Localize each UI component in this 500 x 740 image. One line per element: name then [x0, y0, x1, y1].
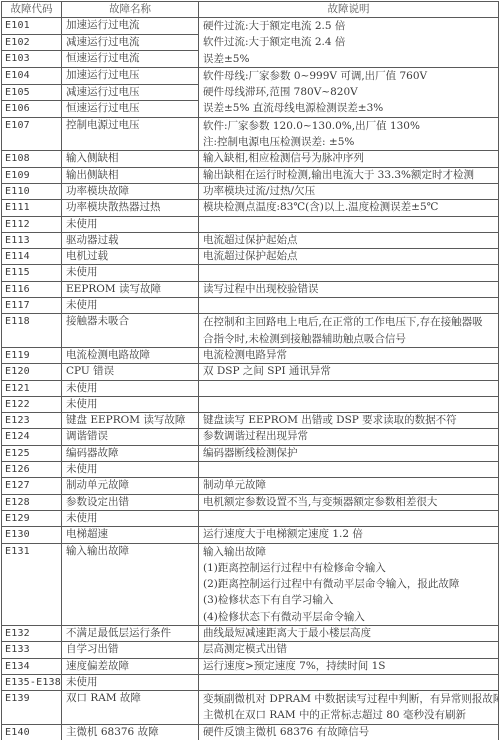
fault-code: E119	[2, 347, 62, 363]
fault-description: 运行速度>预定速度 7%，持续时间 1S	[199, 658, 499, 674]
fault-name: 未使用	[62, 216, 199, 232]
table-row: E125 编码器故障 编码器断线检测保护	[2, 445, 499, 461]
fault-name: 电梯超速	[62, 527, 199, 543]
fault-name: CPU 错误	[62, 364, 199, 380]
fault-description: 输出缺相在运行时检测,输出电流大于 33.3%额定时才检测	[199, 167, 499, 183]
table-row: E122 未使用	[2, 396, 499, 412]
description-line: 软件:厂家参数 120.0~130.0%,出厂值 130%	[203, 118, 498, 134]
fault-description	[199, 396, 499, 412]
fault-code: E120	[2, 364, 62, 380]
fault-description: 运行速度大于电梯额定速度 1.2 倍	[199, 527, 499, 543]
fault-description: 硬件过流:大于额定电流 2.5 倍 软件过流:大于额定电流 2.4 倍 误差±5…	[199, 18, 499, 68]
table-row: E108 输入侧缺相 输入缺相,相应检测信号为脉冲序列	[2, 151, 499, 167]
fault-description: 编码器断线检测保护	[199, 445, 499, 461]
header-fault-code: 故障代码	[2, 2, 62, 18]
fault-code: E139	[2, 691, 62, 725]
fault-name: 未使用	[62, 674, 199, 690]
fault-code: E134	[2, 658, 62, 674]
fault-name: 未使用	[62, 396, 199, 412]
fault-code: E109	[2, 167, 62, 183]
table-row: E131 输入输出故障 输入输出故障 (1)距离控制运行过程中有检修命令输入 (…	[2, 543, 499, 625]
fault-description: 参数调谐过程出现异常	[199, 429, 499, 445]
description-line: 软件母线:厂家参数 0~999V 可调,出厂值 760V	[203, 68, 498, 84]
description-line: 硬件母线滞环,范围 780V~820V	[203, 84, 498, 100]
fault-code: E123	[2, 413, 62, 429]
fault-name: 输入输出故障	[62, 543, 199, 625]
fault-name: 加速运行过电压	[62, 67, 199, 84]
fault-name: 制动单元故障	[62, 478, 199, 494]
fault-description: 模块检测点温度:83℃(含)以上.温度检测误差±5℃	[199, 200, 499, 216]
table-row: E120 CPU 错误 双 DSP 之间 SPI 通讯异常	[2, 364, 499, 380]
fault-name: 恒速运行过电流	[62, 51, 199, 68]
table-row: E127 制动单元故障 制动单元故障	[2, 478, 499, 494]
fault-description: 软件母线:厂家参数 0~999V 可调,出厂值 760V 硬件母线滞环,范围 7…	[199, 67, 499, 117]
fault-code: E124	[2, 429, 62, 445]
fault-code: E135-E138	[2, 674, 62, 690]
fault-name: 未使用	[62, 510, 199, 526]
fault-code: E111	[2, 200, 62, 216]
fault-code: E128	[2, 494, 62, 510]
fault-name: 键盘 EEPROM 读写故障	[62, 413, 199, 429]
table-row: E113 驱动器过载 电流超过保护起始点	[2, 232, 499, 248]
fault-name: 加速运行过电流	[62, 18, 199, 35]
fault-code: E133	[2, 642, 62, 658]
fault-description	[199, 510, 499, 526]
fault-description	[199, 674, 499, 690]
fault-description: 电流超过保护起始点	[199, 232, 499, 248]
table-row: E140 主微机 68376 故障 硬件反馈主微机 68376 有故障信号	[2, 724, 499, 740]
description-line: 合指令时,未检测到接触器辅助触点吸合信号	[203, 331, 498, 347]
table-row: E114 电机过载 电流超过保护起始点	[2, 249, 499, 265]
fault-code: E103	[2, 51, 62, 68]
fault-description: 在控制和主回路电上电后,在正常的工作电压下,存在接触器吸 合指令时,未检测到接触…	[199, 314, 499, 348]
fault-code: E131	[2, 543, 62, 625]
fault-code: E126	[2, 462, 62, 478]
table-row: E126 未使用	[2, 462, 499, 478]
table-row: E135-E138 未使用	[2, 674, 499, 690]
fault-code: E106	[2, 101, 62, 118]
fault-name: 编码器故障	[62, 445, 199, 461]
fault-code: E117	[2, 298, 62, 314]
description-line: 变频副微机对 DPRAM 中数据读写过程中判断，有异常则报故障:	[203, 691, 498, 707]
fault-code: E127	[2, 478, 62, 494]
fault-name: 未使用	[62, 298, 199, 314]
fault-code: E102	[2, 34, 62, 51]
fault-name: 电机过载	[62, 249, 199, 265]
fault-code: E140	[2, 724, 62, 740]
table-row: E115 未使用	[2, 265, 499, 281]
fault-code: E125	[2, 445, 62, 461]
description-line: (1)距离控制运行过程中有检修命令输入	[203, 560, 498, 576]
fault-description: 读写过程中出现校验错误	[199, 281, 499, 297]
description-line: (2)距离控制运行过程中有微动平层命令输入，报此故障	[203, 576, 498, 592]
header-fault-description: 故障说明	[199, 2, 499, 18]
description-line: 注:控制电源电压检测误差: ±5%	[203, 134, 498, 150]
fault-name: 电流检测电路故障	[62, 347, 199, 363]
description-line: 在控制和主回路电上电后,在正常的工作电压下,存在接触器吸	[203, 314, 498, 330]
fault-description: 软件:厂家参数 120.0~130.0%,出厂值 130% 注:控制电源电压检测…	[199, 117, 499, 151]
fault-name: 双口 RAM 故障	[62, 691, 199, 725]
fault-code: E104	[2, 67, 62, 84]
table-row: E119 电流检测电路故障 电流检测电路异常	[2, 347, 499, 363]
table-row: E128 参数设定出错 电机额定参数设置不当,与变频器额定参数相差很大	[2, 494, 499, 510]
fault-description: 键盘读写 EEPROM 出错或 DSP 要求读取的数据不符	[199, 413, 499, 429]
fault-description: 双 DSP 之间 SPI 通讯异常	[199, 364, 499, 380]
fault-name: 恒速运行过电压	[62, 101, 199, 118]
table-row: E111 功率模块散热器过热 模块检测点温度:83℃(含)以上.温度检测误差±5…	[2, 200, 499, 216]
fault-code-table: 故障代码 故障名称 故障说明 E101 加速运行过电流 硬件过流:大于额定电流 …	[1, 1, 499, 740]
fault-name: 功率模块散热器过热	[62, 200, 199, 216]
fault-code: E115	[2, 265, 62, 281]
table-row: E118 接触器未吸合 在控制和主回路电上电后,在正常的工作电压下,存在接触器吸…	[2, 314, 499, 348]
fault-name: 控制电源过电压	[62, 117, 199, 151]
fault-code: E122	[2, 396, 62, 412]
table-row: E117 未使用	[2, 298, 499, 314]
fault-code-document: 故障代码 故障名称 故障说明 E101 加速运行过电流 硬件过流:大于额定电流 …	[0, 0, 500, 740]
fault-description: 硬件反馈主微机 68376 有故障信号	[199, 724, 499, 740]
fault-description: 输入缺相,相应检测信号为脉冲序列	[199, 151, 499, 167]
description-line: 硬件过流:大于额定电流 2.5 倍	[203, 18, 498, 34]
description-line: 软件过流:大于额定电流 2.4 倍	[203, 34, 498, 50]
fault-name: 接触器未吸合	[62, 314, 199, 348]
fault-description: 电机额定参数设置不当,与变频器额定参数相差很大	[199, 494, 499, 510]
table-row: E123 键盘 EEPROM 读写故障 键盘读写 EEPROM 出错或 DSP …	[2, 413, 499, 429]
fault-code: E132	[2, 625, 62, 641]
fault-name: 减速运行过电压	[62, 84, 199, 101]
fault-description: 电流超过保护起始点	[199, 249, 499, 265]
description-line: (4)检修状态下有微动平层命令输入	[203, 609, 498, 625]
fault-name: 未使用	[62, 265, 199, 281]
fault-description: 曲线最短减速距离大于最小楼层高度	[199, 625, 499, 641]
fault-description	[199, 265, 499, 281]
fault-code: E112	[2, 216, 62, 232]
fault-name: 调谐错误	[62, 429, 199, 445]
fault-code: E114	[2, 249, 62, 265]
fault-description	[199, 380, 499, 396]
table-row: E109 输出侧缺相 输出缺相在运行时检测,输出电流大于 33.3%额定时才检测	[2, 167, 499, 183]
table-header-row: 故障代码 故障名称 故障说明	[2, 2, 499, 18]
table-row: E107 控制电源过电压 软件:厂家参数 120.0~130.0%,出厂值 13…	[2, 117, 499, 151]
fault-name: 功率模块故障	[62, 183, 199, 199]
table-row: E139 双口 RAM 故障 变频副微机对 DPRAM 中数据读写过程中判断，有…	[2, 691, 499, 725]
description-line: 误差±5% 直流母线电源检测误差±3%	[203, 100, 498, 116]
table-row: E112 未使用	[2, 216, 499, 232]
table-row: E121 未使用	[2, 380, 499, 396]
table-row: E116 EEPROM 读写故障 读写过程中出现校验错误	[2, 281, 499, 297]
fault-description	[199, 298, 499, 314]
fault-name: 自学习出错	[62, 642, 199, 658]
table-row: E124 调谐错误 参数调谐过程出现异常	[2, 429, 499, 445]
fault-code: E108	[2, 151, 62, 167]
fault-code: E129	[2, 510, 62, 526]
fault-code: E107	[2, 117, 62, 151]
fault-description: 变频副微机对 DPRAM 中数据读写过程中判断，有异常则报故障: 主微机在双口 …	[199, 691, 499, 725]
table-row: E129 未使用	[2, 510, 499, 526]
table-row: E133 自学习出错 层高测定模式出错	[2, 642, 499, 658]
fault-name: 未使用	[62, 380, 199, 396]
fault-name: 参数设定出错	[62, 494, 199, 510]
fault-name: 不满足最低层运行条件	[62, 625, 199, 641]
fault-code: E113	[2, 232, 62, 248]
table-row: E104 加速运行过电压 软件母线:厂家参数 0~999V 可调,出厂值 760…	[2, 67, 499, 84]
fault-name: 输出侧缺相	[62, 167, 199, 183]
table-row: E110 功率模块故障 功率模块过流/过热/欠压	[2, 183, 499, 199]
fault-code: E101	[2, 18, 62, 35]
fault-code: E110	[2, 183, 62, 199]
table-row: E130 电梯超速 运行速度大于电梯额定速度 1.2 倍	[2, 527, 499, 543]
fault-name: 减速运行过电流	[62, 34, 199, 51]
fault-description: 层高测定模式出错	[199, 642, 499, 658]
table-row: E132 不满足最低层运行条件 曲线最短减速距离大于最小楼层高度	[2, 625, 499, 641]
fault-code: E130	[2, 527, 62, 543]
fault-name: 速度偏差故障	[62, 658, 199, 674]
fault-description: 输入输出故障 (1)距离控制运行过程中有检修命令输入 (2)距离控制运行过程中有…	[199, 543, 499, 625]
fault-name: 输入侧缺相	[62, 151, 199, 167]
table-row: E134 速度偏差故障 运行速度>预定速度 7%，持续时间 1S	[2, 658, 499, 674]
fault-code: E121	[2, 380, 62, 396]
fault-code: E105	[2, 84, 62, 101]
table-row: E101 加速运行过电流 硬件过流:大于额定电流 2.5 倍 软件过流:大于额定…	[2, 18, 499, 35]
fault-description: 制动单元故障	[199, 478, 499, 494]
header-fault-name: 故障名称	[62, 2, 199, 18]
fault-name: EEPROM 读写故障	[62, 281, 199, 297]
fault-description: 电流检测电路异常	[199, 347, 499, 363]
description-line: 主微机在双口 RAM 中的正常标志超过 80 毫秒没有刷新	[203, 707, 498, 723]
fault-name: 未使用	[62, 462, 199, 478]
fault-name: 主微机 68376 故障	[62, 724, 199, 740]
description-line: 误差±5%	[203, 51, 498, 67]
fault-description	[199, 216, 499, 232]
fault-code: E116	[2, 281, 62, 297]
fault-code: E118	[2, 314, 62, 348]
fault-name: 驱动器过载	[62, 232, 199, 248]
fault-description: 功率模块过流/过热/欠压	[199, 183, 499, 199]
description-line: 输入输出故障	[203, 544, 498, 560]
fault-description	[199, 462, 499, 478]
description-line: (3)检修状态下有自学习输入	[203, 592, 498, 608]
